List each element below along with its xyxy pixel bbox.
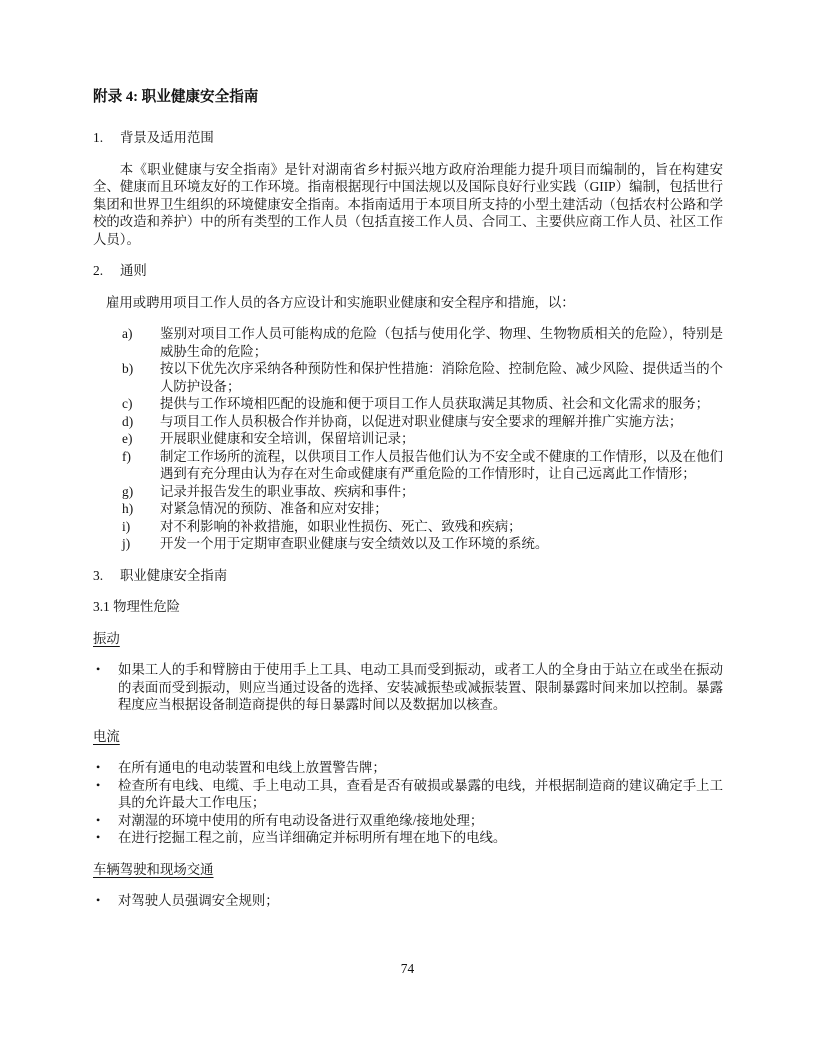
list-item-text: 记录并报告发生的职业事故、疾病和事件； <box>160 483 723 501</box>
page-number: 74 <box>0 960 815 978</box>
bullet-item-text: 对驾驶人员强调安全规则； <box>118 892 723 910</box>
bullet-item-text: 在所有通电的电动装置和电线上放置警告牌； <box>118 759 723 777</box>
list-item-text: 制定工作场所的流程，以供项目工作人员报告他们认为不安全或不健康的工作情形，以及在… <box>160 448 723 483</box>
bullet-item: • 在所有通电的电动装置和电线上放置警告牌； <box>93 759 723 777</box>
bullet-item: • 在进行挖掘工程之前，应当详细确定并标明所有埋在地下的电线。 <box>93 829 723 847</box>
bullet-item: • 对潮湿的环境中使用的所有电动设备进行双重绝缘/接地处理； <box>93 812 723 830</box>
list-item-letter: j) <box>122 535 160 553</box>
list-item-letter: g) <box>122 483 160 501</box>
topic-heading-traffic: 车辆驾驶和现场交通 <box>93 861 723 879</box>
bullet-item-text: 在进行挖掘工程之前，应当详细确定并标明所有埋在地下的电线。 <box>118 829 723 847</box>
list-item: f) 制定工作场所的流程，以供项目工作人员报告他们认为不安全或不健康的工作情形，… <box>93 448 723 483</box>
section-1-heading: 1. 背景及适用范围 <box>93 129 723 147</box>
bullet-icon: • <box>96 812 118 830</box>
bullet-icon: • <box>96 892 118 910</box>
list-item: j) 开发一个用于定期审查职业健康与安全绩效以及工作环境的系统。 <box>93 535 723 553</box>
list-item-letter: i) <box>122 518 160 536</box>
list-item: c) 提供与工作环境相匹配的设施和便于项目工作人员获取满足其物质、社会和文化需求… <box>93 395 723 413</box>
topic-heading-electricity: 电流 <box>93 728 723 746</box>
section-1-label: 背景及适用范围 <box>120 129 214 147</box>
section-2-label: 通则 <box>120 262 147 280</box>
list-item-text: 鉴别对项目工作人员可能构成的危险（包括与使用化学、物理、生物物质相关的危险），特… <box>160 325 723 360</box>
bullet-item: • 如果工人的手和臂膀由于使用手上工具、电动工具而受到振动，或者工人的全身由于站… <box>93 661 723 714</box>
section-3-heading: 3. 职业健康安全指南 <box>93 567 723 585</box>
appendix-title: 附录 4: 职业健康安全指南 <box>93 88 723 106</box>
list-item: i) 对不利影响的补救措施，如职业性损伤、死亡、致残和疾病； <box>93 518 723 536</box>
section-2-number: 2. <box>93 262 120 280</box>
general-rules-list: a) 鉴别对项目工作人员可能构成的危险（包括与使用化学、物理、生物物质相关的危险… <box>93 325 723 553</box>
list-item-letter: b) <box>122 360 160 395</box>
list-item-text: 与项目工作人员积极合作并协商，以促进对职业健康与安全要求的理解并推广实施方法； <box>160 413 723 431</box>
list-item-letter: c) <box>122 395 160 413</box>
bullet-icon: • <box>96 661 118 714</box>
list-item: g) 记录并报告发生的职业事故、疾病和事件； <box>93 483 723 501</box>
bullet-item-text: 如果工人的手和臂膀由于使用手上工具、电动工具而受到振动，或者工人的全身由于站立在… <box>118 661 723 714</box>
section-3-1-heading: 3.1 物理性危险 <box>93 598 723 616</box>
traffic-bullet-list: • 对驾驶人员强调安全规则； <box>93 892 723 910</box>
list-item-letter: f) <box>122 448 160 483</box>
vibration-bullet-list: • 如果工人的手和臂膀由于使用手上工具、电动工具而受到振动，或者工人的全身由于站… <box>93 661 723 714</box>
list-item: h) 对紧急情况的预防、准备和应对安排； <box>93 500 723 518</box>
topic-heading-vibration: 振动 <box>93 630 723 648</box>
bullet-item-text: 对潮湿的环境中使用的所有电动设备进行双重绝缘/接地处理； <box>118 812 723 830</box>
list-item-text: 对紧急情况的预防、准备和应对安排； <box>160 500 723 518</box>
bullet-item-text: 检查所有电线、电缆、手上电动工具，查看是否有破损或暴露的电线，并根据制造商的建议… <box>118 777 723 812</box>
list-item-text: 开发一个用于定期审查职业健康与安全绩效以及工作环境的系统。 <box>160 535 723 553</box>
section-1-number: 1. <box>93 129 120 147</box>
list-item-text: 对不利影响的补救措施，如职业性损伤、死亡、致残和疾病； <box>160 518 723 536</box>
section-3-label: 职业健康安全指南 <box>120 567 227 585</box>
list-item-letter: h) <box>122 500 160 518</box>
list-item: e) 开展职业健康和安全培训，保留培训记录； <box>93 430 723 448</box>
list-item-letter: a) <box>122 325 160 360</box>
list-item: a) 鉴别对项目工作人员可能构成的危险（包括与使用化学、物理、生物物质相关的危险… <box>93 325 723 360</box>
list-item: b) 按以下优先次序采纳各种预防性和保护性措施：消除危险、控制危险、减少风险、提… <box>93 360 723 395</box>
list-item-text: 按以下优先次序采纳各种预防性和保护性措施：消除危险、控制危险、减少风险、提供适当… <box>160 360 723 395</box>
list-item-letter: d) <box>122 413 160 431</box>
section-1-paragraph: 本《职业健康与安全指南》是针对湖南省乡村振兴地方政府治理能力提升项目而编制的，旨… <box>93 161 723 249</box>
section-2-intro: 雇用或聘用项目工作人员的各方应设计和实施职业健康和安全程序和措施，以： <box>93 294 723 312</box>
bullet-item: • 检查所有电线、电缆、手上电动工具，查看是否有破损或暴露的电线，并根据制造商的… <box>93 777 723 812</box>
list-item-text: 提供与工作环境相匹配的设施和便于项目工作人员获取满足其物质、社会和文化需求的服务… <box>160 395 723 413</box>
bullet-icon: • <box>96 777 118 812</box>
list-item: d) 与项目工作人员积极合作并协商，以促进对职业健康与安全要求的理解并推广实施方… <box>93 413 723 431</box>
section-2-heading: 2. 通则 <box>93 262 723 280</box>
bullet-icon: • <box>96 829 118 847</box>
electricity-bullet-list: • 在所有通电的电动装置和电线上放置警告牌； • 检查所有电线、电缆、手上电动工… <box>93 759 723 847</box>
document-page: 附录 4: 职业健康安全指南 1. 背景及适用范围 本《职业健康与安全指南》是针… <box>0 0 815 1055</box>
bullet-icon: • <box>96 759 118 777</box>
section-3-number: 3. <box>93 567 120 585</box>
list-item-text: 开展职业健康和安全培训，保留培训记录； <box>160 430 723 448</box>
bullet-item: • 对驾驶人员强调安全规则； <box>93 892 723 910</box>
list-item-letter: e) <box>122 430 160 448</box>
